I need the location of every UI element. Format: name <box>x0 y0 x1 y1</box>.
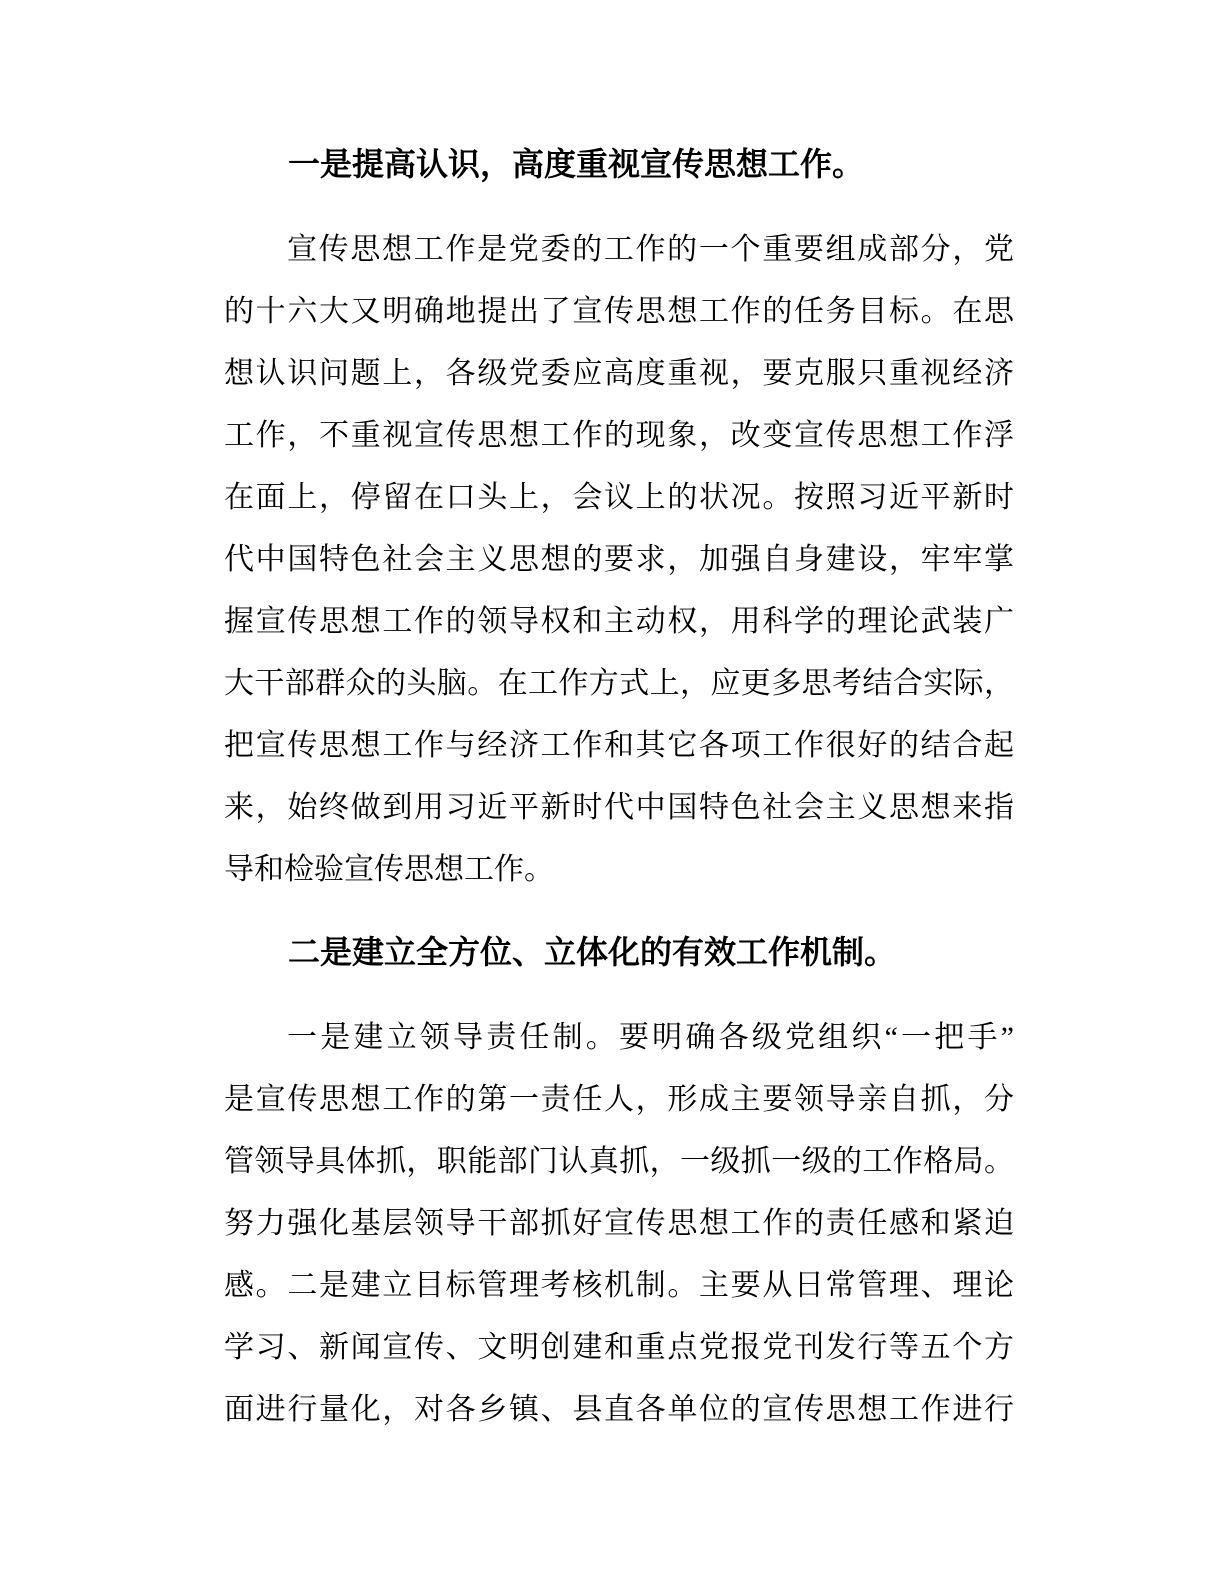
text-line: 想认识问题上，各级党委应高度重视，要克服只重视经济 <box>224 343 1014 405</box>
text-line: 感。二是建立目标管理考核机制。主要从日常管理、理论 <box>224 1255 1014 1317</box>
text-line: 管领导具体抓，职能部门认真抓，一级抓一级的工作格局。 <box>224 1131 1014 1193</box>
text-line: 宣传思想工作是党委的工作的一个重要组成部分，党 <box>224 219 1014 281</box>
document-body: 一是提高认识，高度重视宣传思想工作。 宣传思想工作是党委的工作的一个重要组成部分… <box>224 133 1014 1461</box>
section-1-paragraph: 宣传思想工作是党委的工作的一个重要组成部分，党 的十六大又明确地提出了宣传思想工… <box>224 219 1014 901</box>
text-line: 工作，不重视宣传思想工作的现象，改变宣传思想工作浮 <box>224 405 1014 467</box>
section-2-heading: 二是建立全方位、立体化的有效工作机制。 <box>224 921 1014 983</box>
text-line: 握宣传思想工作的领导权和主动权，用科学的理论武装广 <box>224 591 1014 653</box>
text-line: 大干部群众的头脑。在工作方式上，应更多思考结合实际， <box>224 653 1014 715</box>
text-line: 在面上，停留在口头上，会议上的状况。按照习近平新时 <box>224 467 1014 529</box>
text-line: 努力强化基层领导干部抓好宣传思想工作的责任感和紧迫 <box>224 1193 1014 1255</box>
text-line: 来，始终做到用习近平新时代中国特色社会主义思想来指 <box>224 777 1014 839</box>
section-2-paragraph: 一是建立领导责任制。要明确各级党组织“一把手” 是宣传思想工作的第一责任人，形成… <box>224 1007 1014 1441</box>
text-line: 面进行量化，对各乡镇、县直各单位的宣传思想工作进行 <box>224 1379 1014 1441</box>
text-line: 把宣传思想工作与经济工作和其它各项工作很好的结合起 <box>224 715 1014 777</box>
document-page: 一是提高认识，高度重视宣传思想工作。 宣传思想工作是党委的工作的一个重要组成部分… <box>0 0 1224 1584</box>
text-line: 是宣传思想工作的第一责任人，形成主要领导亲自抓，分 <box>224 1069 1014 1131</box>
text-line: 一是建立领导责任制。要明确各级党组织“一把手” <box>224 1007 1014 1069</box>
text-line: 的十六大又明确地提出了宣传思想工作的任务目标。在思 <box>224 281 1014 343</box>
text-line: 代中国特色社会主义思想的要求，加强自身建设，牢牢掌 <box>224 529 1014 591</box>
text-line: 学习、新闻宣传、文明创建和重点党报党刊发行等五个方 <box>224 1317 1014 1379</box>
section-1-heading: 一是提高认识，高度重视宣传思想工作。 <box>224 133 1014 195</box>
text-line: 导和检验宣传思想工作。 <box>224 839 1014 901</box>
